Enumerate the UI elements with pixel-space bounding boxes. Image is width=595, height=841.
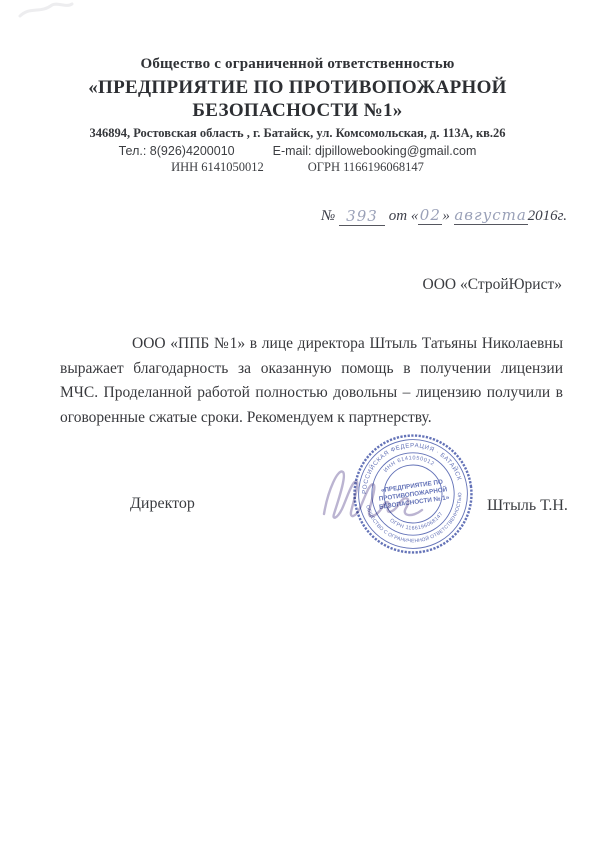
recipient-line: ООО «СтройЮрист» bbox=[423, 276, 562, 294]
email-value: E-mail: djpillowebooking@gmail.com bbox=[273, 144, 477, 158]
org-type-line: Общество с ограниченной ответственностью bbox=[0, 56, 595, 73]
signer-name: Штыль Т.Н. bbox=[487, 497, 568, 515]
quote-close: » bbox=[442, 208, 450, 224]
scan-artifact-mark bbox=[16, 0, 76, 22]
phone-value: Тел.: 8(926)4200010 bbox=[119, 144, 235, 158]
ogrn-value: ОГРН 1166196068147 bbox=[308, 160, 424, 174]
number-sign: № bbox=[321, 208, 335, 224]
day-blank: 02 bbox=[418, 208, 442, 225]
month-blank: августа bbox=[454, 208, 528, 225]
address-line: 346894, Ростовская область , г. Батайск,… bbox=[0, 126, 595, 141]
number-handwritten: 393 bbox=[346, 207, 378, 225]
handwritten-signature bbox=[318, 456, 436, 530]
org-name: «ПРЕДПРИЯТИЕ ПО ПРОТИВОПОЖАРНОЙ БЕЗОПАСН… bbox=[0, 76, 595, 122]
year-label: 2016г. bbox=[528, 208, 567, 224]
signer-role: Директор bbox=[130, 495, 195, 513]
org-name-line2: БЕЗОПАСНОСТИ №1» bbox=[0, 99, 595, 122]
reference-line: № 393 от «02» августа2016г. bbox=[321, 208, 567, 225]
scanned-letter-page: Общество с ограниченной ответственностью… bbox=[0, 0, 595, 841]
org-name-line1: «ПРЕДПРИЯТИЕ ПО ПРОТИВОПОЖАРНОЙ bbox=[0, 76, 595, 99]
phone-email-line: Тел.: 8(926)4200010E-mail: djpillowebook… bbox=[0, 144, 595, 158]
quote-open: « bbox=[411, 208, 419, 224]
inn-value: ИНН 6141050012 bbox=[171, 160, 264, 174]
contacts-block: 346894, Ростовская область , г. Батайск,… bbox=[0, 126, 595, 175]
number-blank: 393 bbox=[339, 209, 385, 226]
letterhead: Общество с ограниченной ответственностью… bbox=[0, 56, 595, 122]
letter-body: ООО «ППБ №1» в лице директора Штыль Тать… bbox=[60, 332, 563, 430]
inn-ogrn-line: ИНН 6141050012ОГРН 1166196068147 bbox=[0, 160, 595, 175]
ot-label: от bbox=[389, 208, 407, 224]
month-handwritten: августа bbox=[454, 206, 527, 224]
day-handwritten: 02 bbox=[420, 206, 441, 224]
